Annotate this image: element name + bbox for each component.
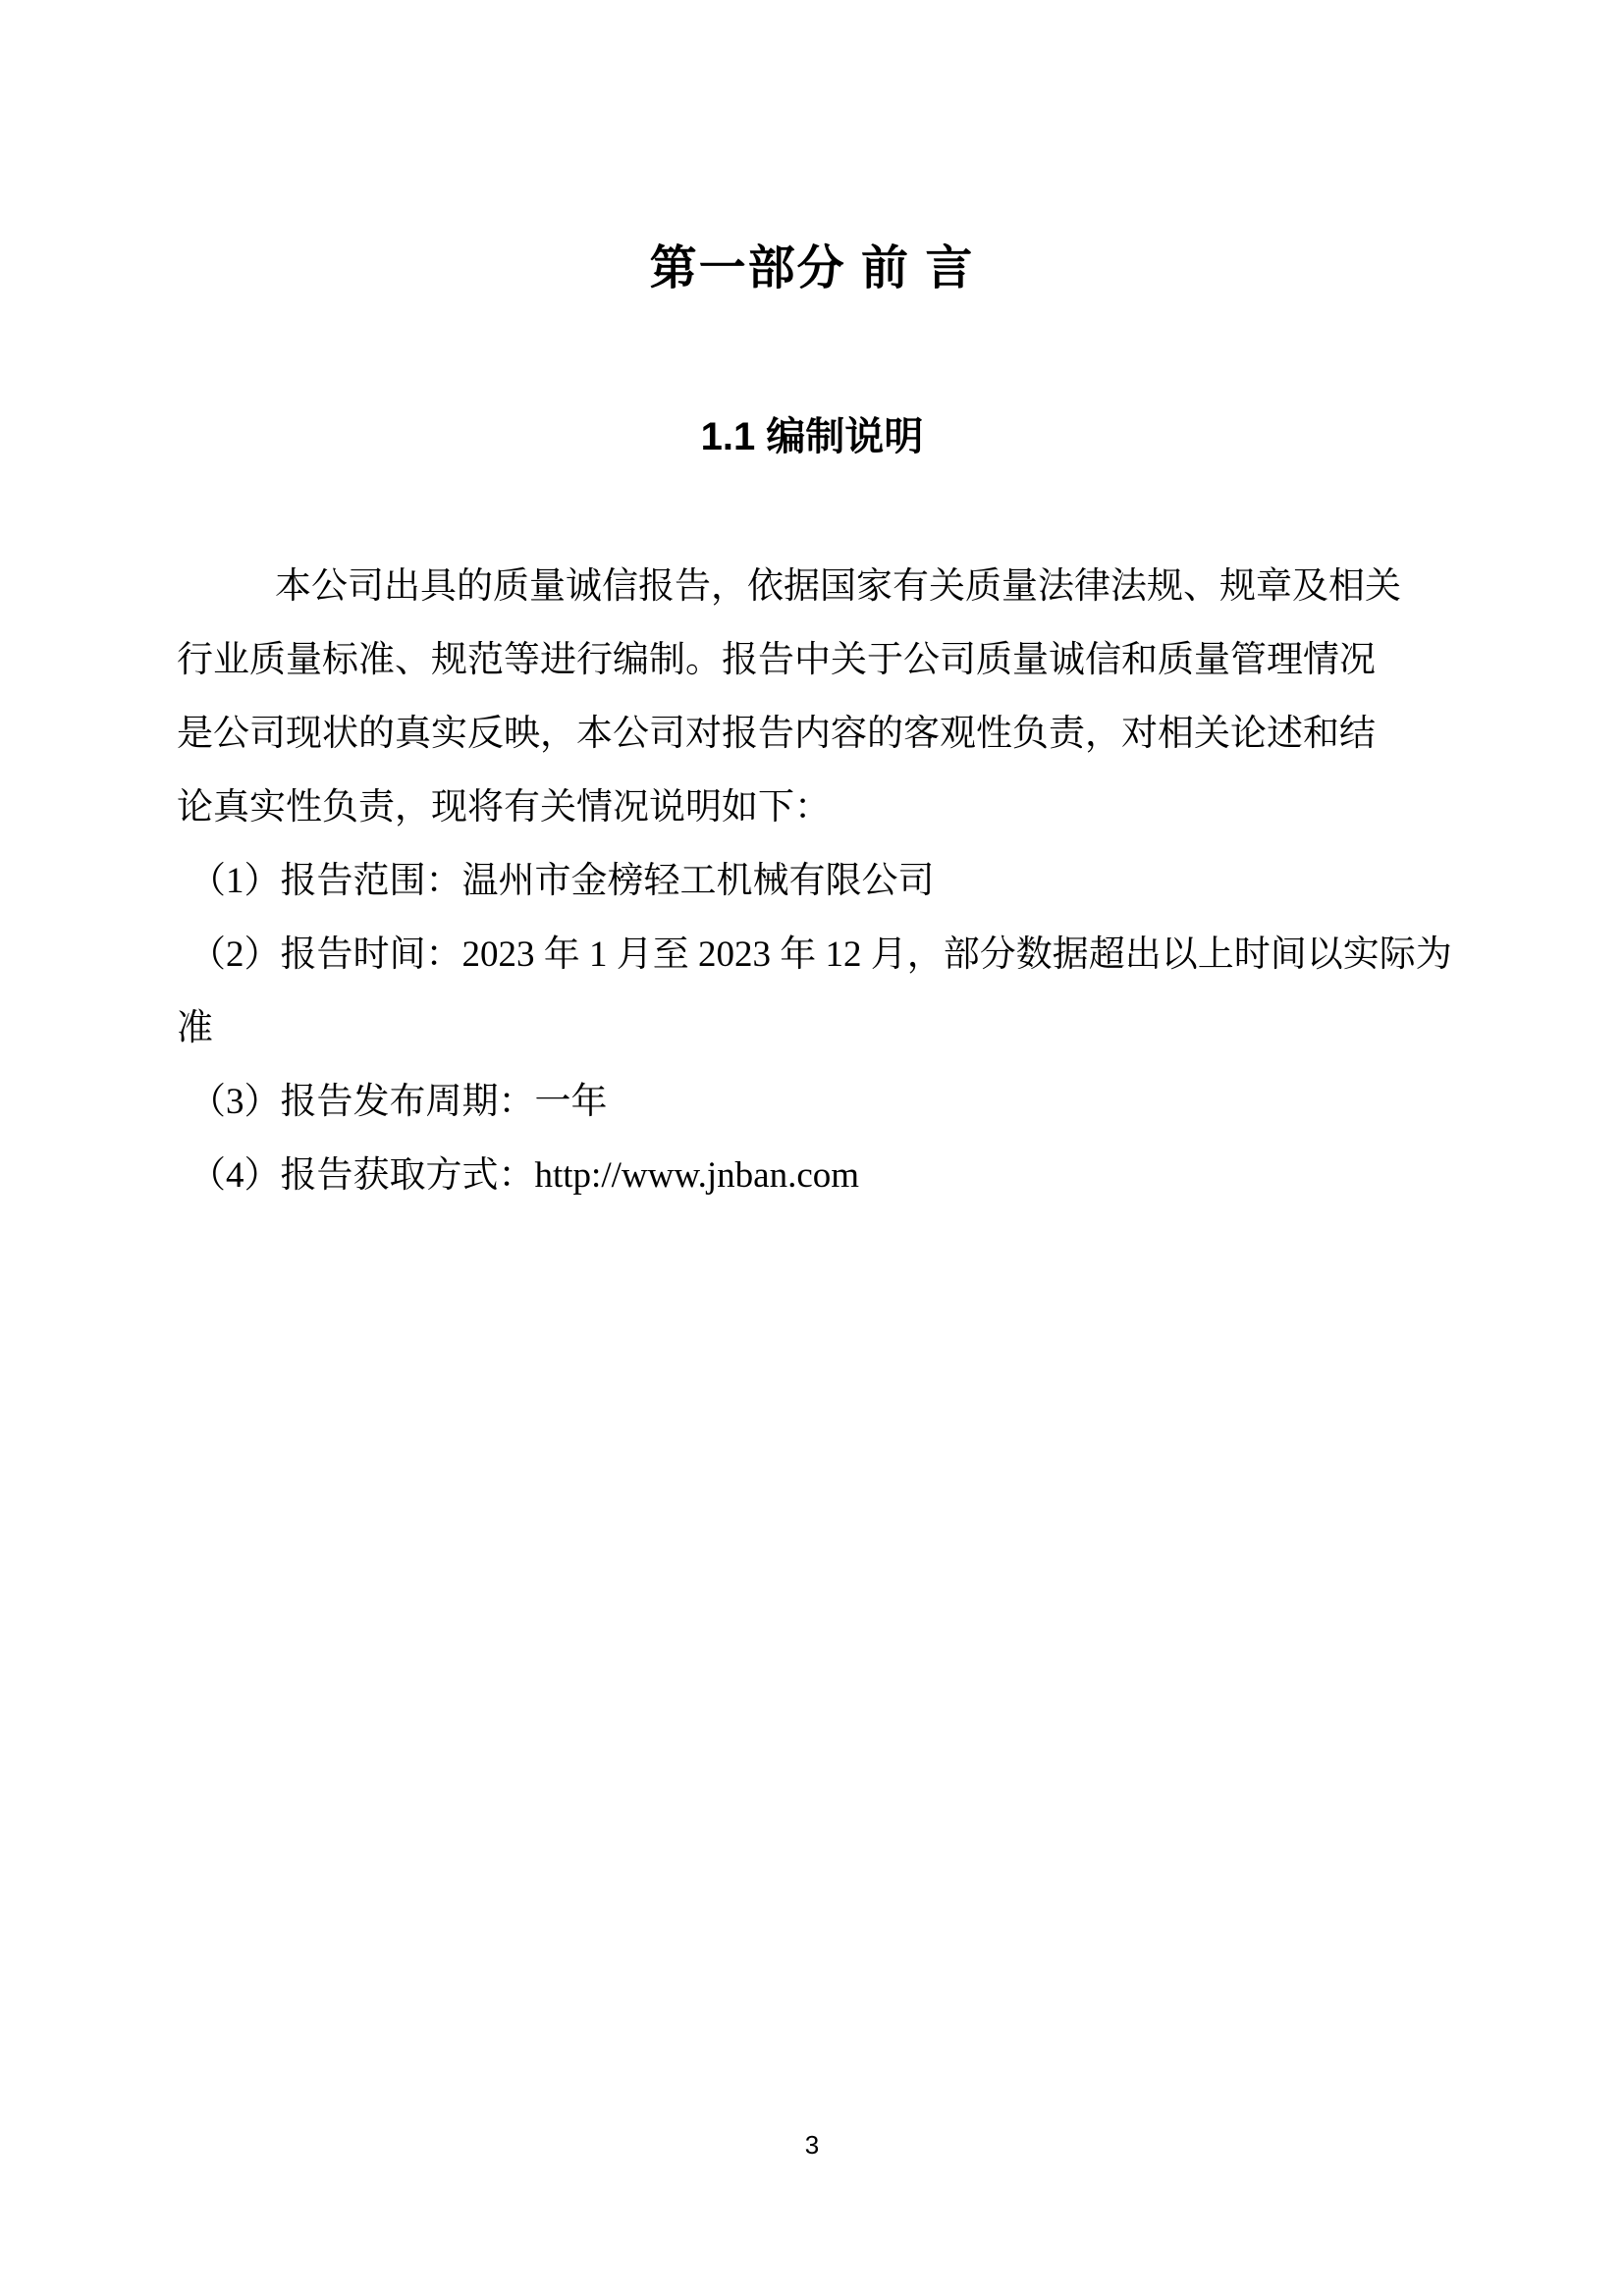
paragraph-line: 论真实性负责，现将有关情况说明如下： — [177, 771, 1469, 844]
list-item-report-period-continuation: 准 — [177, 991, 1469, 1065]
list-item-report-period: （2）报告时间：2023 年 1 月至 2023 年 12 月，部分数据超出以上… — [177, 918, 1469, 991]
part-title: 第一部分 前 言 — [0, 241, 1624, 296]
paragraph-line: 是公司现状的真实反映，本公司对报告内容的客观性负责，对相关论述和结 — [177, 697, 1469, 771]
paragraph-line: 行业质量标准、规范等进行编制。报告中关于公司质量诚信和质量管理情况 — [177, 623, 1469, 697]
body-text: 本公司出具的质量诚信报告，依据国家有关质量法律法规、规章及相关 行业质量标准、规… — [177, 550, 1469, 1212]
list-item-release-cycle: （3）报告发布周期：一年 — [177, 1065, 1469, 1139]
list-item-report-scope: （1）报告范围：温州市金榜轻工机械有限公司 — [177, 844, 1469, 918]
document-page: 第一部分 前 言 1.1 编制说明 本公司出具的质量诚信报告，依据国家有关质量法… — [0, 0, 1624, 2296]
paragraph-line: 本公司出具的质量诚信报告，依据国家有关质量法律法规、规章及相关 — [177, 550, 1469, 623]
section-heading: 1.1 编制说明 — [0, 414, 1624, 459]
list-item-access-method: （4）报告获取方式：http://www.jnban.com — [177, 1139, 1469, 1212]
page-number: 3 — [0, 2130, 1624, 2160]
